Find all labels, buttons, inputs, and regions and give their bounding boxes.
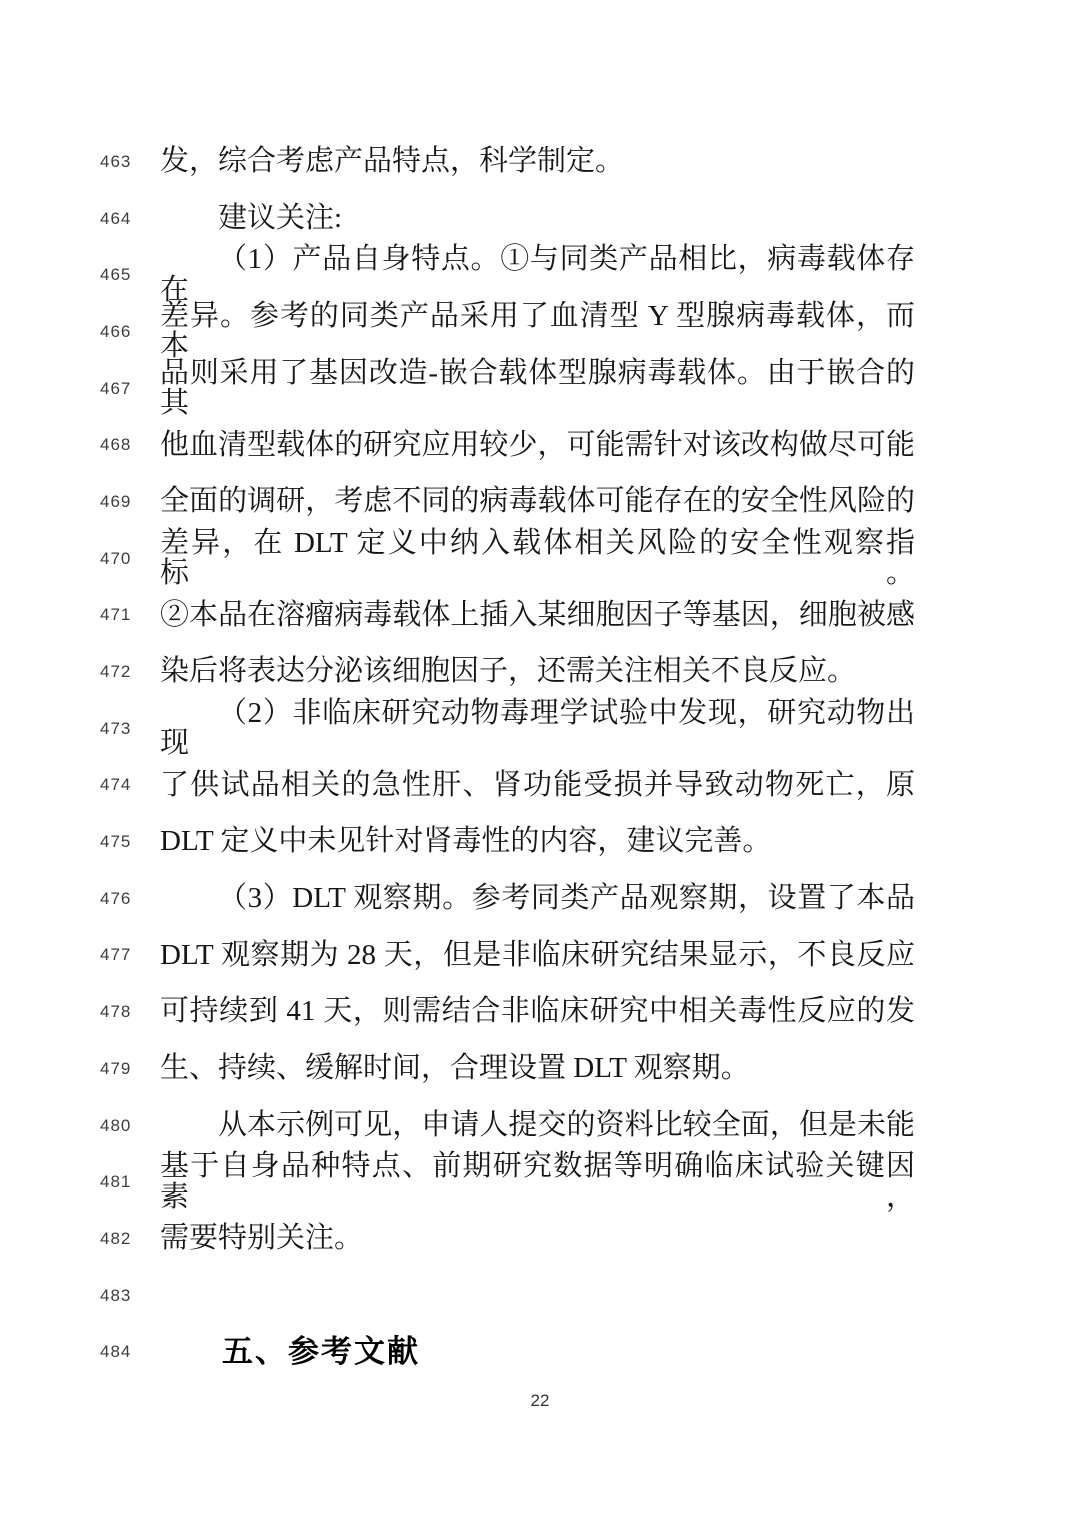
- line-number: 464: [100, 210, 160, 227]
- document-line: 483: [0, 1267, 1080, 1324]
- line-text: 品则采用了基因改造-嵌合载体型腺病毒载体。由于嵌合的其: [160, 358, 915, 419]
- line-number: 477: [100, 946, 160, 963]
- line-text: ②本品在溶瘤病毒载体上插入某细胞因子等基因，细胞被感: [160, 600, 915, 630]
- line-number: 482: [100, 1230, 160, 1247]
- line-number: 484: [100, 1343, 160, 1360]
- line-number: 465: [100, 266, 160, 283]
- line-number: 468: [100, 436, 160, 453]
- line-text: DLT 定义中未见针对肾毒性的内容，建议完善。: [160, 826, 915, 856]
- document-line: 471 ②本品在溶瘤病毒载体上插入某细胞因子等基因，细胞被感: [0, 587, 1080, 644]
- document-line: 465 （1）产品自身特点。①与同类产品相比，病毒载体存在: [0, 246, 1080, 303]
- line-text: 从本示例可见，申请人提交的资料比较全面，但是未能: [160, 1110, 915, 1140]
- document-line: 464 建议关注:: [0, 190, 1080, 247]
- line-text: 需要特别关注。: [160, 1223, 915, 1253]
- document-line: 481 基于自身品种特点、前期研究数据等明确临床试验关键因素，: [0, 1153, 1080, 1210]
- line-number: 473: [100, 720, 160, 737]
- line-text: 发，综合考虑产品特点，科学制定。: [160, 146, 915, 176]
- document-line: 484 五、参考文献: [0, 1323, 1080, 1380]
- line-text: （2）非临床研究动物毒理学试验中发现，研究动物出现: [160, 698, 915, 759]
- line-text: DLT 观察期为 28 天，但是非临床研究结果显示，不良反应: [160, 940, 915, 970]
- document-line: 475 DLT 定义中未见针对肾毒性的内容，建议完善。: [0, 813, 1080, 870]
- document-body: 463 发，综合考虑产品特点，科学制定。 464 建议关注: 465 （1）产品…: [0, 133, 1080, 1380]
- line-number: 471: [100, 606, 160, 623]
- document-line: 480 从本示例可见，申请人提交的资料比较全面，但是未能: [0, 1097, 1080, 1154]
- line-number: 474: [100, 776, 160, 793]
- line-text: 基于自身品种特点、前期研究数据等明确临床试验关键因素，: [160, 1151, 915, 1212]
- document-line: 476 （3）DLT 观察期。参考同类产品观察期，设置了本品: [0, 870, 1080, 927]
- line-number: 472: [100, 663, 160, 680]
- line-number: 466: [100, 323, 160, 340]
- line-text: 五、参考文献: [160, 1336, 915, 1369]
- document-line: 472 染后将表达分泌该细胞因子，还需关注相关不良反应。: [0, 643, 1080, 700]
- line-text: 差异，在 DLT 定义中纳入载体相关风险的安全性观察指标。: [160, 528, 915, 589]
- line-number: 463: [100, 153, 160, 170]
- line-text: 可持续到 41 天，则需结合非临床研究中相关毒性反应的发: [160, 996, 915, 1026]
- line-text: 生、持续、缓解时间，合理设置 DLT 观察期。: [160, 1053, 915, 1083]
- line-text: 差异。参考的同类产品采用了血清型 Y 型腺病毒载体，而本: [160, 301, 915, 362]
- page-number: 22: [0, 1391, 1080, 1411]
- document-line: 468 他血清型载体的研究应用较少，可能需针对该改构做尽可能: [0, 416, 1080, 473]
- document-line: 470 差异，在 DLT 定义中纳入载体相关风险的安全性观察指标。: [0, 530, 1080, 587]
- document-page: 463 发，综合考虑产品特点，科学制定。 464 建议关注: 465 （1）产品…: [0, 0, 1080, 1527]
- line-number: 481: [100, 1173, 160, 1190]
- line-number: 476: [100, 890, 160, 907]
- document-line: 466 差异。参考的同类产品采用了血清型 Y 型腺病毒载体，而本: [0, 303, 1080, 360]
- line-text: （3）DLT 观察期。参考同类产品观察期，设置了本品: [160, 883, 915, 913]
- document-line: 478 可持续到 41 天，则需结合非临床研究中相关毒性反应的发: [0, 983, 1080, 1040]
- line-number: 480: [100, 1117, 160, 1134]
- line-text: 了供试品相关的急性肝、肾功能受损并导致动物死亡，原: [160, 770, 915, 800]
- line-text: 他血清型载体的研究应用较少，可能需针对该改构做尽可能: [160, 430, 915, 460]
- line-text: 建议关注:: [160, 203, 915, 233]
- document-line: 477 DLT 观察期为 28 天，但是非临床研究结果显示，不良反应: [0, 927, 1080, 984]
- document-line: 482 需要特别关注。: [0, 1210, 1080, 1267]
- document-line: 467 品则采用了基因改造-嵌合载体型腺病毒载体。由于嵌合的其: [0, 360, 1080, 417]
- document-line: 463 发，综合考虑产品特点，科学制定。: [0, 133, 1080, 190]
- document-line: 474 了供试品相关的急性肝、肾功能受损并导致动物死亡，原: [0, 757, 1080, 814]
- line-number: 483: [100, 1287, 160, 1304]
- line-number: 470: [100, 550, 160, 567]
- document-line: 479 生、持续、缓解时间，合理设置 DLT 观察期。: [0, 1040, 1080, 1097]
- line-number: 479: [100, 1060, 160, 1077]
- document-line: 469 全面的调研，考虑不同的病毒载体可能存在的安全性风险的: [0, 473, 1080, 530]
- line-number: 478: [100, 1003, 160, 1020]
- line-number: 475: [100, 833, 160, 850]
- line-number: 469: [100, 493, 160, 510]
- line-text: （1）产品自身特点。①与同类产品相比，病毒载体存在: [160, 244, 915, 305]
- line-number: 467: [100, 380, 160, 397]
- line-text: 染后将表达分泌该细胞因子，还需关注相关不良反应。: [160, 656, 915, 686]
- document-line: 473 （2）非临床研究动物毒理学试验中发现，研究动物出现: [0, 700, 1080, 757]
- line-text: 全面的调研，考虑不同的病毒载体可能存在的安全性风险的: [160, 486, 915, 516]
